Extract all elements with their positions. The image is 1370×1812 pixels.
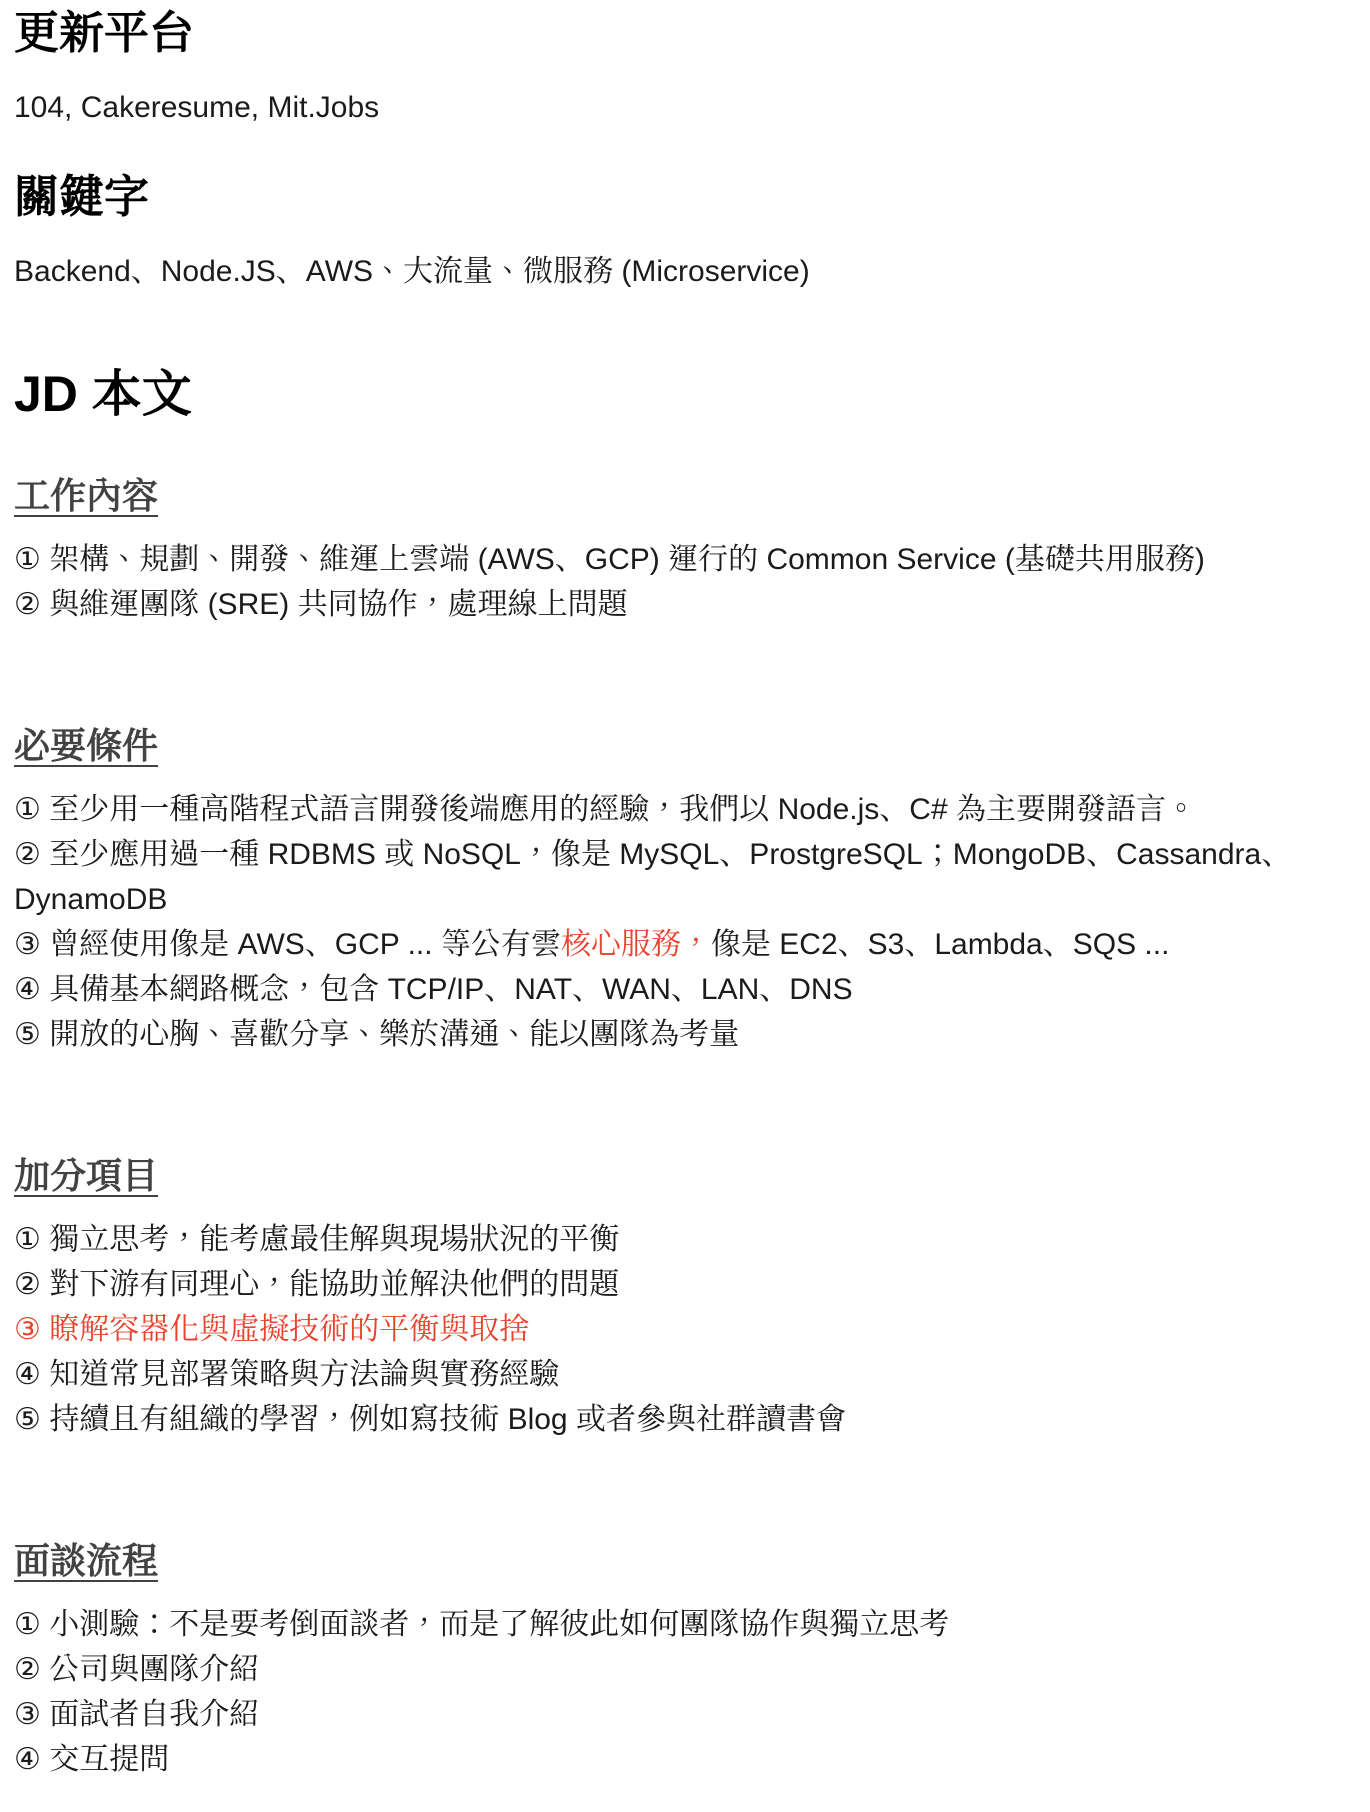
requirements-list: ① 至少用一種高階程式語言開發後端應用的經驗，我們以 Node.js、C# 為主… [14, 787, 1354, 1057]
subsection-title-job-duties: 工作內容 [14, 472, 1354, 519]
list-item: ① 小測驗：不是要考倒面談者，而是了解彼此如何團隊協作與獨立思考 [14, 1602, 1354, 1647]
list-item: ① 至少用一種高階程式語言開發後端應用的經驗，我們以 Node.js、C# 為主… [14, 787, 1354, 832]
list-item: ④ 具備基本網路概念，包含 TCP/IP、NAT、WAN、LAN、DNS [14, 967, 1354, 1012]
list-item: ① 獨立思考，能考慮最佳解與現場狀況的平衡 [14, 1217, 1354, 1262]
keywords-text: Backend、Node.JS、AWS、大流量、微服務 (Microservic… [14, 249, 1354, 294]
section-title-jd-body: JD 本文 [14, 364, 1354, 424]
list-item: ⑤ 持續且有組織的學習，例如寫技術 Blog 或者參與社群讀書會 [14, 1397, 1354, 1442]
list-item-text: 像是 EC2、S3、Lambda、SQS ... [711, 928, 1170, 961]
list-item: ③ 面試者自我介紹 [14, 1692, 1354, 1737]
list-item: ② 對下游有同理心，能協助並解決他們的問題 [14, 1262, 1354, 1307]
update-platforms-text: 104, Cakeresume, Mit.Jobs [14, 85, 1354, 130]
section-title-keywords: 關鍵字 [14, 170, 1354, 224]
subsection-title-bonus: 加分項目 [14, 1152, 1354, 1199]
highlighted-text-core-services: 核心服務， [561, 928, 711, 961]
list-item: ③ 曾經使用像是 AWS、GCP ... 等公有雲核心服務，像是 EC2、S3、… [14, 922, 1354, 967]
list-item: ⑤ 開放的心胸、喜歡分享、樂於溝通、能以團隊為考量 [14, 1012, 1354, 1057]
list-item: ② 至少應用過一種 RDBMS 或 NoSQL，像是 MySQL、Prostgr… [14, 832, 1354, 922]
list-item-text: ③ 曾經使用像是 AWS、GCP ... 等公有雲 [14, 928, 561, 961]
subsection-title-interview-process: 面談流程 [14, 1537, 1354, 1584]
interview-process-list: ① 小測驗：不是要考倒面談者，而是了解彼此如何團隊協作與獨立思考 ② 公司與團隊… [14, 1602, 1354, 1782]
bonus-list: ① 獨立思考，能考慮最佳解與現場狀況的平衡 ② 對下游有同理心，能協助並解決他們… [14, 1217, 1354, 1442]
section-title-update-platforms: 更新平台 [14, 6, 1354, 60]
job-duties-list: ① 架構、規劃、開發、維運上雲端 (AWS、GCP) 運行的 Common Se… [14, 537, 1354, 627]
subsection-title-requirements: 必要條件 [14, 722, 1354, 769]
job-description-document: 更新平台 104, Cakeresume, Mit.Jobs 關鍵字 Backe… [0, 0, 1370, 1812]
list-item: ② 公司與團隊介紹 [14, 1647, 1354, 1692]
list-item: ④ 交互提問 [14, 1737, 1354, 1782]
list-item: ④ 知道常見部署策略與方法論與實務經驗 [14, 1352, 1354, 1397]
list-item: ① 架構、規劃、開發、維運上雲端 (AWS、GCP) 運行的 Common Se… [14, 537, 1354, 582]
list-item: ② 與維運團隊 (SRE) 共同協作，處理線上問題 [14, 582, 1354, 627]
list-item-highlighted: ③ 瞭解容器化與虛擬技術的平衡與取捨 [14, 1307, 1354, 1352]
